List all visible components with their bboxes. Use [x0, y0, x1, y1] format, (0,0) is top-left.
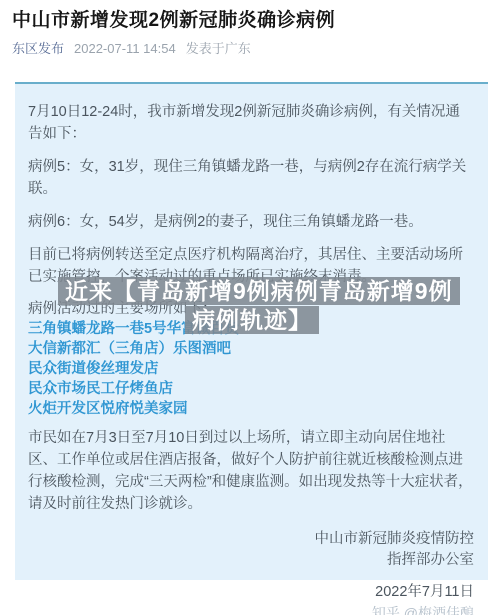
- overlay-caption-line2: 病例轨迹】: [185, 306, 319, 334]
- notice-advisory: 市民如在7月3日至7月10日到过以上场所，请立即主动向居住地社区、工作单位或居住…: [28, 427, 474, 515]
- notice-intro: 7月10日12-24时，我市新增发现2例新冠肺炎确诊病例，有关情况通告如下：: [28, 101, 474, 145]
- zhihu-watermark: 知乎 @梅酒佳酿: [28, 604, 474, 615]
- place-item: 火炬开发区悦府悦美家园: [28, 399, 474, 419]
- account-name-link[interactable]: 东区发布: [12, 41, 64, 56]
- signature-line: 指挥部办公室: [28, 550, 474, 571]
- article-title: 中山市新增发现2例新冠肺炎确诊病例: [12, 8, 488, 33]
- place-item: 民众市场民工仔烤鱼店: [28, 379, 474, 399]
- notice-date: 2022年7月11日: [28, 581, 474, 603]
- overlay-caption-line1: 近来【青岛新增9例病例青岛新增9例: [58, 277, 460, 305]
- place-item: 大信新都汇（三角店）乐图酒吧: [28, 339, 474, 359]
- publish-datetime: 2022-07-11 14:54: [74, 41, 176, 56]
- article-header: 中山市新增发现2例新冠肺炎确诊病例 东区发布2022-07-11 14:54发表…: [0, 0, 500, 57]
- place-item: 民众街道俊丝理发店: [28, 359, 474, 379]
- signature-line: 中山市新冠肺炎疫情防控: [28, 529, 474, 550]
- notice-signature: 中山市新冠肺炎疫情防控 指挥部办公室: [28, 529, 474, 571]
- overlay-caption: 近来【青岛新增9例病例青岛新增9例 病例轨迹】: [58, 277, 446, 335]
- notice-case5: 病例5：女，31岁，现住三角镇蟠龙路一巷，与病例2存在流行病学关联。: [28, 156, 474, 200]
- article-meta: 东区发布2022-07-11 14:54发表于广东: [12, 41, 488, 57]
- publish-location: 发表于广东: [186, 41, 251, 56]
- notice-case6: 病例6：女，54岁，是病例2的妻子，现住三角镇蟠龙路一巷。: [28, 211, 474, 233]
